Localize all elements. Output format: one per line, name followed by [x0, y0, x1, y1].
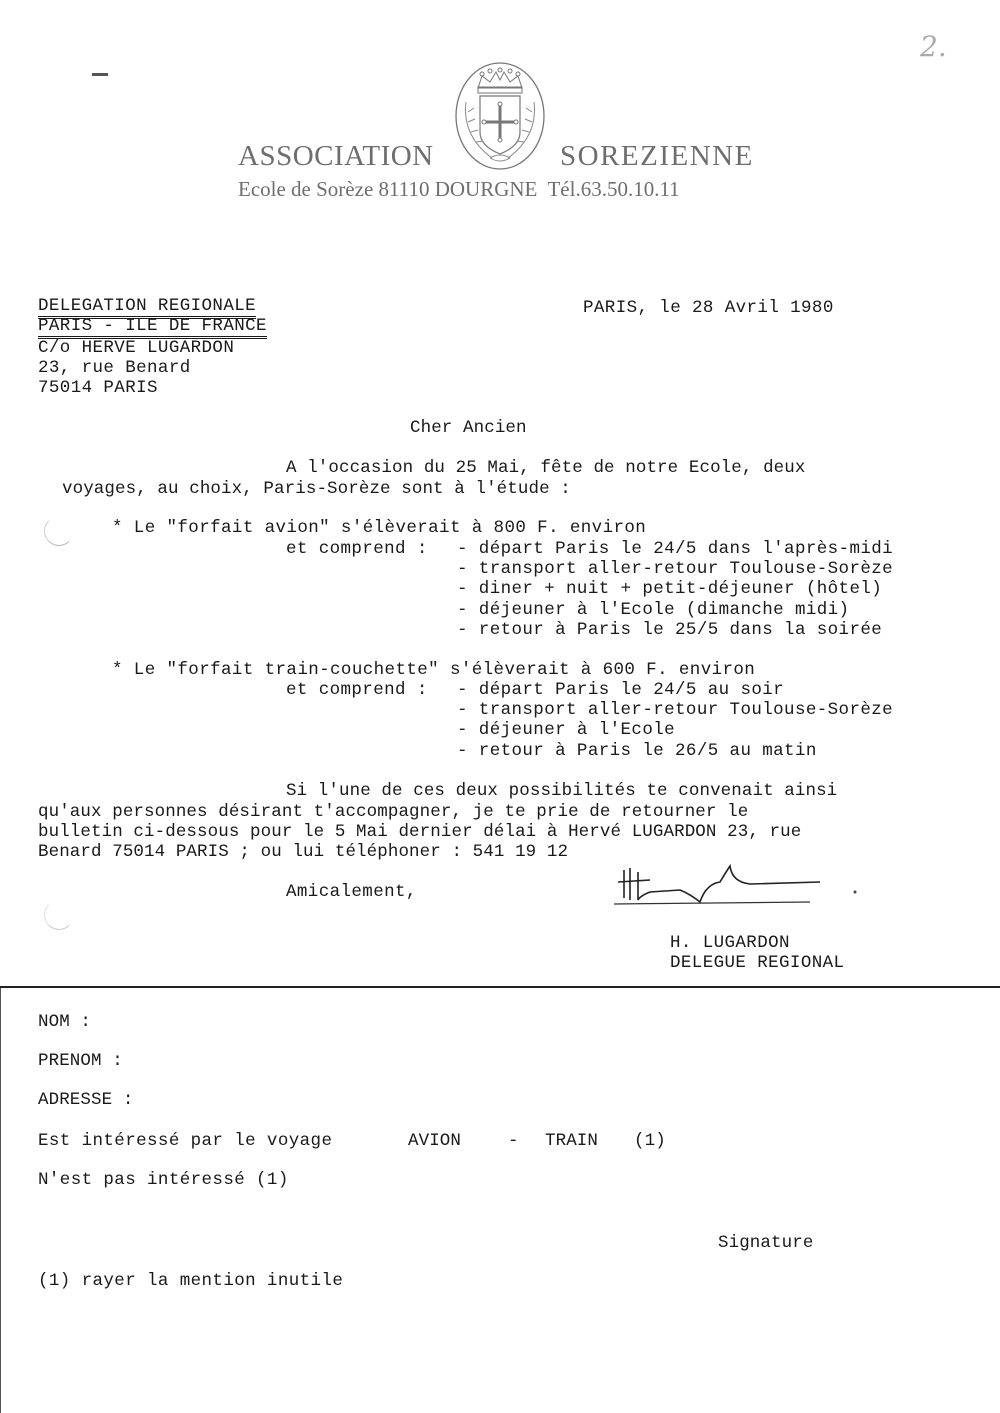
nom-field-label[interactable]: NOM :	[38, 1012, 91, 1032]
handwritten-signature	[610, 862, 870, 912]
letter-date: PARIS, le 28 Avril 1980	[583, 298, 834, 318]
offer-item: - retour à Paris le 25/5 dans la soirée	[457, 620, 882, 640]
page-mark: 2.	[920, 30, 947, 63]
closing-line: Si l'une de ces deux possibilités te con…	[286, 781, 837, 801]
intro-line-1: A l'occasion du 25 Mai, fête de notre Ec…	[286, 458, 805, 478]
closing-line: Benard 75014 PARIS ; ou lui téléphoner :…	[38, 842, 568, 862]
offer-item: - départ Paris le 24/5 dans l'après-midi	[457, 539, 893, 559]
offer-item: - diner + nuit + petit-déjeuner (hôtel)	[457, 579, 882, 599]
sender-care-of: C/o HERVE LUGARDON	[38, 338, 234, 358]
signatory-title: DELEGUE REGIONAL	[670, 953, 844, 973]
offer-item: - retour à Paris le 26/5 au matin	[457, 741, 817, 761]
option-separator: -	[508, 1131, 519, 1151]
signatory-name: H. LUGARDON	[670, 933, 790, 953]
form-left-border	[0, 988, 1, 1413]
letterhead-address: Ecole de Sorèze 81110 DOURGNE Tél.63.50.…	[238, 177, 680, 202]
offer-item: - déjeuner à l'Ecole (dimanche midi)	[457, 600, 849, 620]
signature-label: Signature	[718, 1233, 813, 1253]
tear-off-separator	[0, 986, 1000, 988]
sender-city: 75014 PARIS	[38, 378, 158, 398]
closing-line: bulletin ci-dessous pour le 5 Mai dernie…	[38, 822, 801, 842]
adresse-field-label[interactable]: ADRESSE :	[38, 1090, 133, 1110]
scan-artifact-hole-punch	[44, 516, 74, 546]
scan-artifact-hole-punch	[44, 900, 74, 930]
crest-icon	[452, 58, 548, 172]
offer-title: * Le "forfait train-couchette" s'élèvera…	[112, 660, 755, 680]
interest-label: Est intéressé par le voyage	[38, 1131, 332, 1151]
not-interested-option[interactable]: N'est pas intéressé (1)	[38, 1170, 289, 1190]
option-footnote-ref: (1)	[634, 1131, 666, 1151]
offer-lead: et comprend :	[286, 539, 439, 559]
option-avion[interactable]: AVION	[408, 1131, 461, 1151]
offer-item: - départ Paris le 24/5 au soir	[457, 680, 784, 700]
salutation: Cher Ancien	[410, 418, 527, 438]
offer-item: - transport aller-retour Toulouse-Sorèze	[457, 700, 893, 720]
prenom-field-label[interactable]: PRENOM :	[38, 1051, 123, 1071]
offer-item: - déjeuner à l'Ecole	[457, 720, 675, 740]
signoff: Amicalement,	[286, 882, 417, 902]
option-train[interactable]: TRAIN	[545, 1131, 598, 1151]
sender-region: PARIS - ILE DE FRANCE	[38, 317, 267, 339]
offer-item: - transport aller-retour Toulouse-Sorèze	[457, 559, 893, 579]
footnote: (1) rayer la mention inutile	[38, 1271, 343, 1291]
closing-line: qu'aux personnes désirant t'accompagner,…	[38, 802, 748, 822]
letterhead-sorezienne: SOREZIENNE	[560, 140, 754, 173]
offer-title: * Le "forfait avion" s'élèverait à 800 F…	[112, 518, 646, 538]
letterhead-association: ASSOCIATION	[238, 140, 434, 173]
sender-street: 23, rue Benard	[38, 358, 191, 378]
smudge-mark	[92, 73, 108, 76]
intro-line-2: voyages, au choix, Paris-Sorèze sont à l…	[62, 479, 571, 499]
offer-lead: et comprend :	[286, 680, 439, 700]
